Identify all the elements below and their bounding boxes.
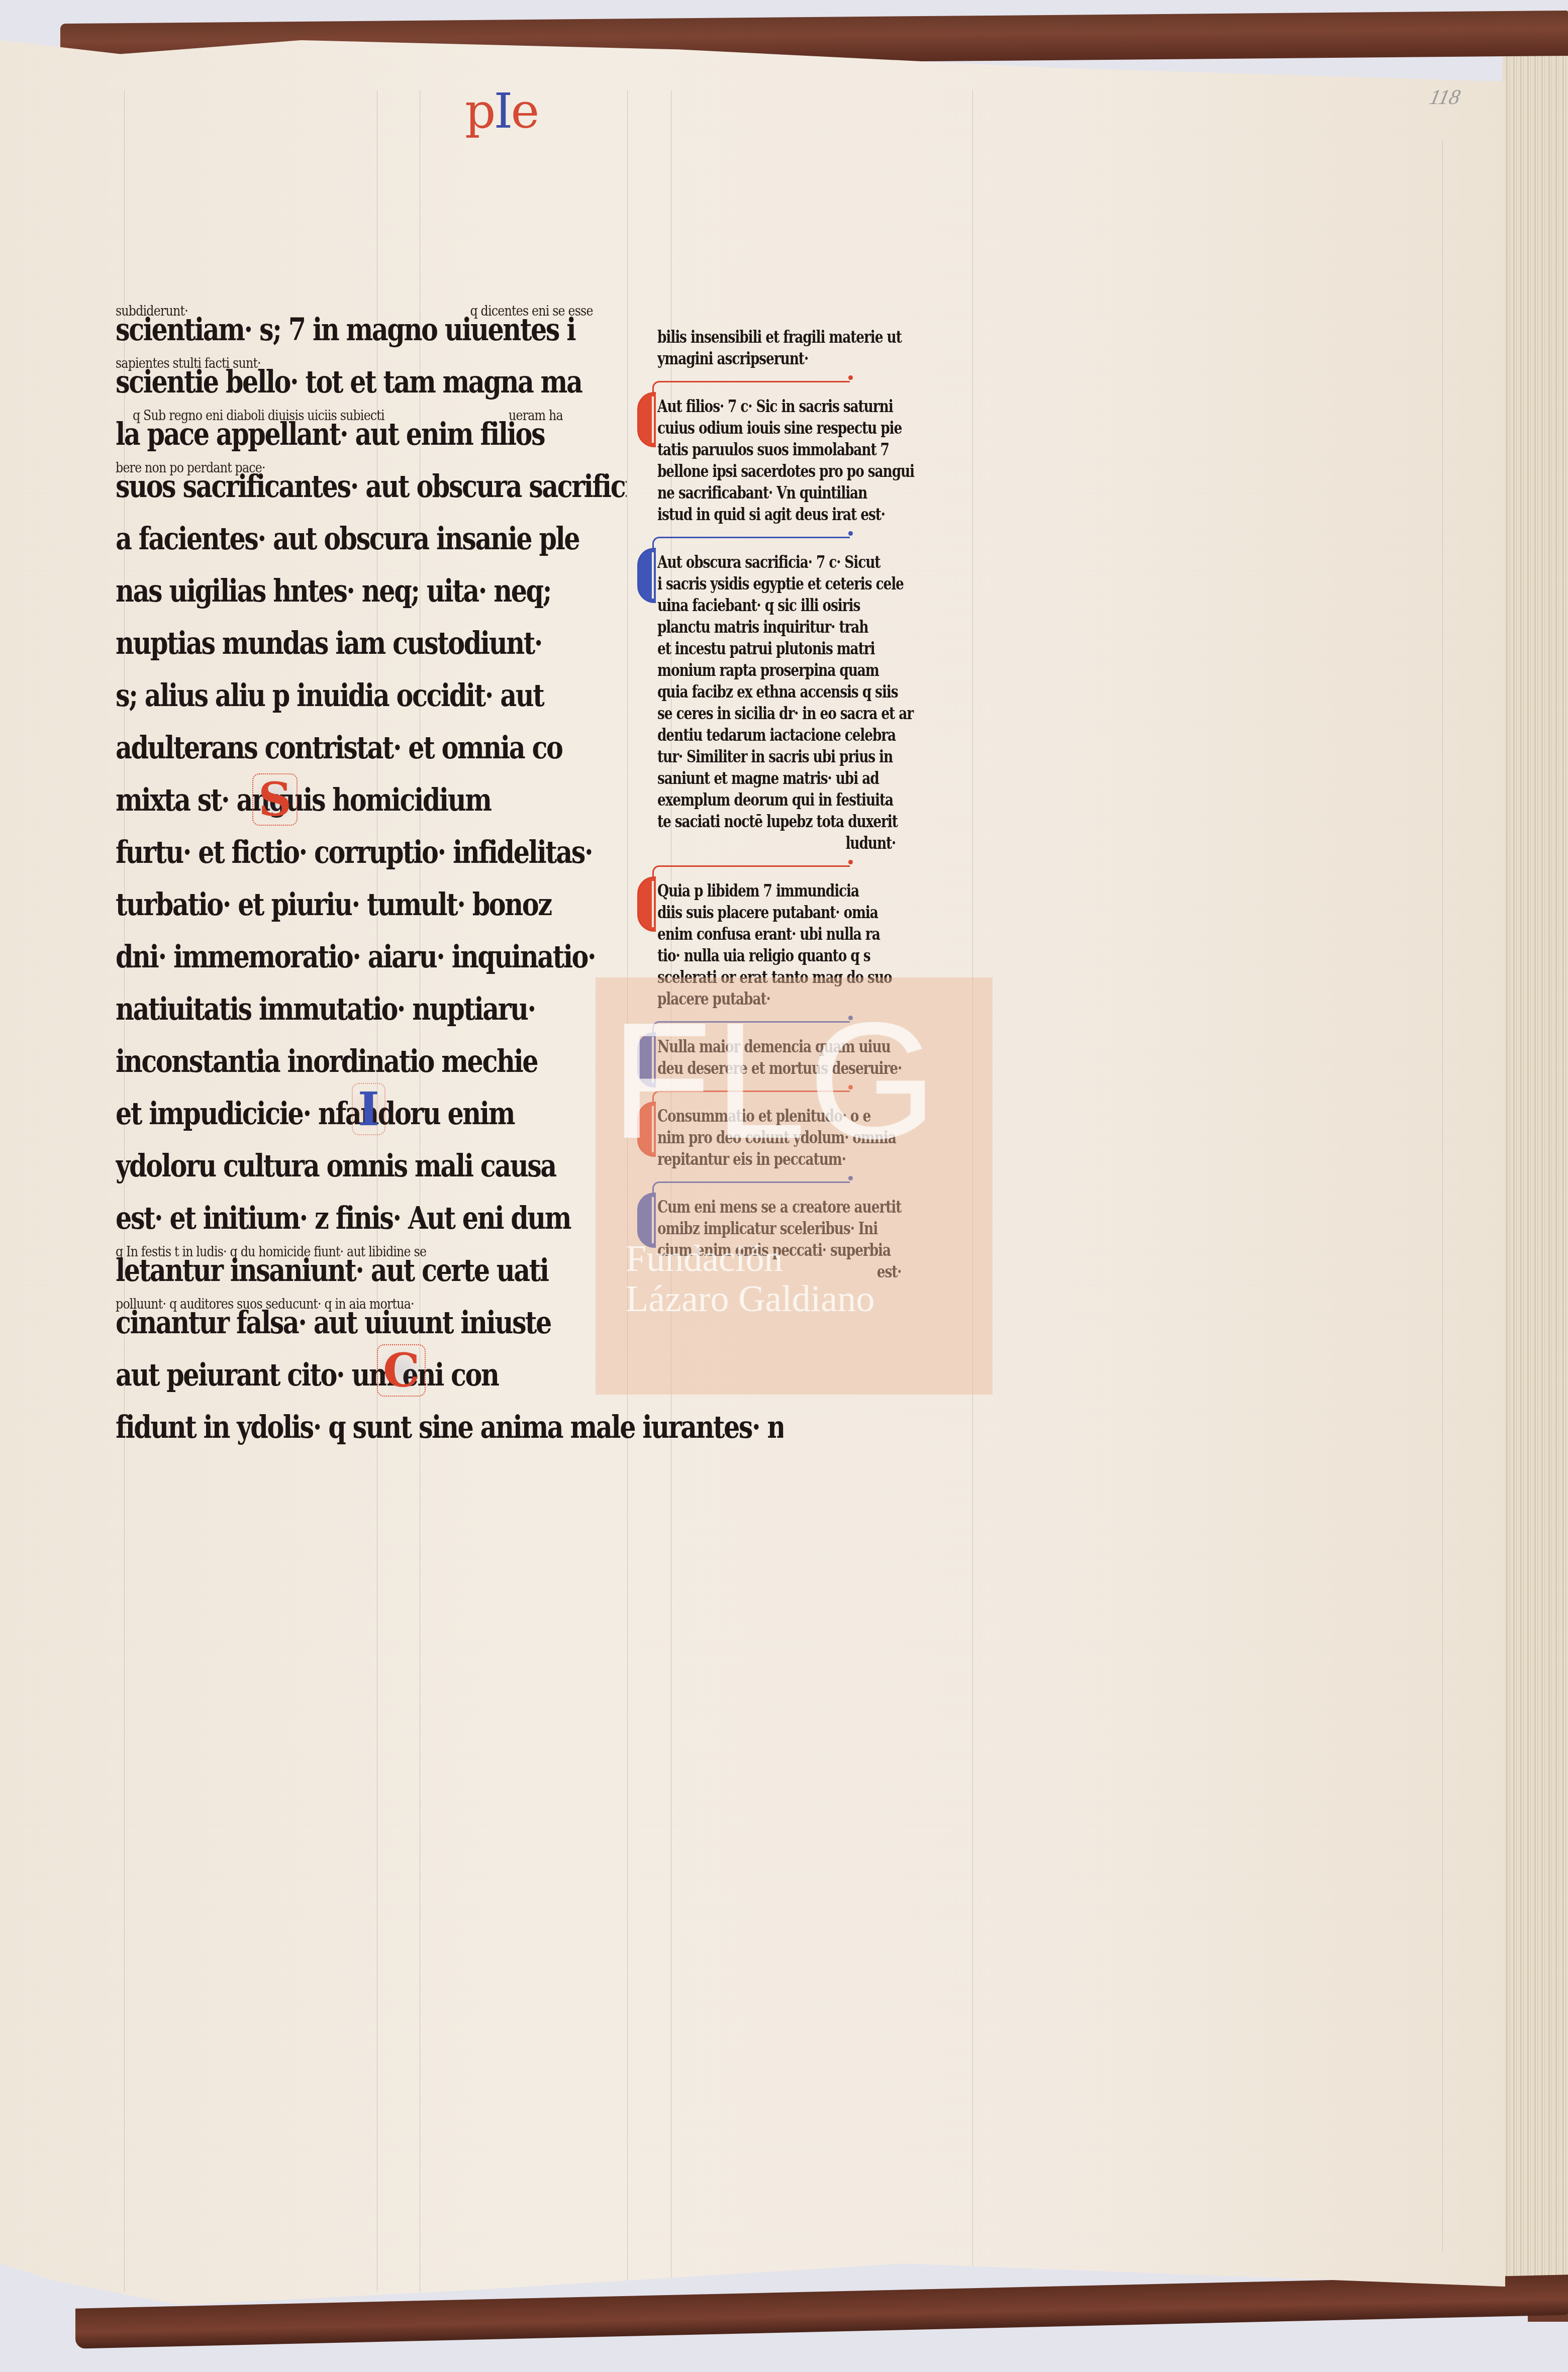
running-title-blue: I: [494, 83, 511, 139]
main-line: fidunt in ydolis· q sunt sine anima male…: [116, 1412, 626, 1464]
gloss-block: bilis insensibili et fragili materie ut …: [657, 327, 979, 370]
running-title: pIe: [465, 83, 537, 139]
main-line: adulterans contristat· et omnia co: [116, 732, 626, 784]
watermark: FLG Fundación Lázaro Galdiano: [596, 977, 993, 1395]
gloss-block: Aut obscura sacrificia· 7 c· Sicut i sac…: [657, 552, 979, 854]
red-lombard-initial: [637, 876, 656, 932]
main-line: aut peiurant cito· um eni conC: [116, 1359, 626, 1412]
main-line: bere non po perdant pace·suos sacrifican…: [116, 471, 626, 523]
main-line: a facientes· aut obscura insanie ple: [116, 523, 626, 575]
main-line: mixta st· anguis homicidiumS: [116, 784, 626, 837]
running-title-red-1: p: [465, 83, 494, 139]
main-line: furtu· et fictio· corruptio· infidelitas…: [116, 837, 626, 889]
blue-lombard-initial: [637, 548, 656, 603]
main-line: turbatio· et piuriu· tumult· bonoz: [116, 889, 626, 941]
blue-pen-flourish: [652, 537, 850, 549]
main-line: s; alius aliu p inuidia occidit· aut: [116, 680, 626, 732]
gloss-block: Aut filios· 7 c· Sic in sacris saturni c…: [657, 396, 979, 526]
watermark-institution-name: Fundación Lázaro Galdiano: [626, 1239, 874, 1319]
folio-number: 118: [1427, 85, 1462, 110]
running-title-red-2: e: [511, 83, 537, 139]
main-line: natiuitatis immutatio· nuptiaru·: [116, 994, 626, 1046]
main-line: dni· immemoratio· aiaru· inquinatio·: [116, 941, 626, 994]
main-line: nas uigilias hntes· neq; uita· neq;: [116, 575, 626, 628]
red-pen-flourish: [652, 381, 850, 393]
watermark-logo: FLG: [611, 998, 939, 1163]
main-text-column: subdiderunt·q dicentes eni se essescient…: [116, 314, 626, 1464]
main-line: polluunt· q auditores suos seducunt· q i…: [116, 1307, 626, 1359]
verso-show-through: [1096, 668, 1102, 698]
decorated-initial-s: S: [252, 773, 298, 826]
ruling-line: [1442, 141, 1443, 2251]
decorated-initial-c: C: [377, 1344, 426, 1397]
page-block-fore-edge: [1503, 55, 1568, 2277]
red-lombard-initial: [637, 392, 656, 447]
main-line: et impudicicie· nfandoru enimI: [116, 1098, 626, 1150]
red-pen-flourish: [652, 865, 850, 878]
decorated-initial-i: I: [352, 1083, 385, 1135]
main-line: ydoloru cultura omnis mali causa: [116, 1150, 626, 1203]
main-line: nuptias mundas iam custodiunt·: [116, 628, 626, 680]
